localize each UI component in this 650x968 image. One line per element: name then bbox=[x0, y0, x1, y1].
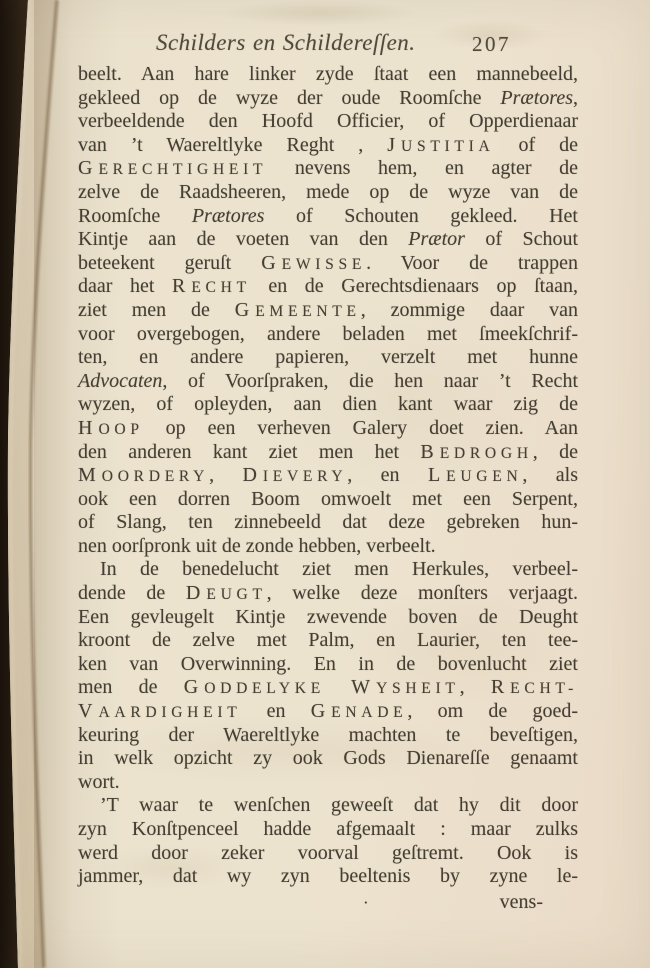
text-line: keuring der Waereltlyke machten te beveſ… bbox=[78, 724, 578, 748]
text-line: men de GODDELYKE WYSHEIT, RECHT- bbox=[78, 676, 578, 700]
text-segment: Roomſche bbox=[78, 205, 192, 227]
text-segment: beteekent geruſt bbox=[78, 252, 261, 274]
text-line: wyzen, of opleyden, aan dien kant waar z… bbox=[78, 393, 578, 417]
text-line: in welk opzicht zy ook Gods Dienareſſe g… bbox=[78, 747, 578, 771]
text-segment: W bbox=[351, 676, 376, 698]
catchword: vens- bbox=[500, 891, 543, 914]
text-line: MOORDERY, DIEVERY, en LEUGEN, als bbox=[78, 464, 578, 488]
text-line: dende de DEUGT, welke deze monſters verj… bbox=[78, 582, 578, 606]
text-segment: D bbox=[186, 582, 206, 604]
text-segment: , als bbox=[522, 464, 578, 486]
text-segment: , de bbox=[533, 441, 578, 463]
text-line: gekleed op de wyze der oude Roomſche Præ… bbox=[78, 87, 578, 111]
text-line: HOOP op een verheven Galery doet zien. A… bbox=[78, 417, 578, 441]
book-page-photo: Schilders en Schildereſſen. 207 beelt. A… bbox=[0, 0, 650, 968]
text-line: van ’t Waereltlyke Reght , JUSTITIA of d… bbox=[78, 134, 578, 158]
text-segment: of Schout bbox=[465, 228, 578, 250]
text-segment: , om de goed- bbox=[407, 700, 578, 722]
text-segment: Prætores bbox=[192, 205, 265, 227]
footer-mark: · bbox=[363, 893, 369, 913]
text-segment: Kintje aan de voeten van den bbox=[78, 228, 408, 250]
text-segment: of de bbox=[494, 134, 578, 156]
text-segment: G bbox=[184, 676, 204, 698]
text-segment: wort. bbox=[78, 771, 120, 793]
text-segment: Advocaten bbox=[78, 370, 162, 392]
text-segment: , bbox=[460, 676, 491, 698]
text-segment: van ’t Waereltlyke Reght , bbox=[78, 134, 387, 156]
text-segment: , bbox=[209, 464, 242, 486]
text-segment: ECHT- bbox=[510, 680, 578, 697]
text-segment: in welk opzicht zy ook Gods Dienareſſe g… bbox=[78, 747, 578, 769]
text-segment: jammer, dat wy zyn beeltenis by zyne le- bbox=[78, 865, 578, 887]
page-text: beelt. Aan hare linker zyde ſtaat een ma… bbox=[78, 63, 578, 915]
text-segment: kroont de zelve met Palm, en Laurier, te… bbox=[78, 629, 578, 651]
text-segment: ziet men de bbox=[78, 299, 235, 321]
text-segment: zyn Konſtpenceel hadde afgemaalt : maar … bbox=[78, 818, 578, 840]
text-line: Kintje aan de voeten van den Prætor of S… bbox=[78, 228, 578, 252]
text-segment: In de benedelucht ziet men Herkules, ver… bbox=[100, 558, 578, 580]
text-segment: M bbox=[78, 464, 102, 486]
text-segment: G bbox=[235, 299, 255, 321]
text-line: voor overgebogen, andere beladen met ſme… bbox=[78, 323, 578, 347]
text-line: wort. bbox=[78, 771, 578, 795]
text-segment: YSHEIT bbox=[376, 680, 460, 697]
text-segment: of Slang, ten zinnebeeld dat deze gebrek… bbox=[78, 511, 578, 533]
page-stain bbox=[220, 0, 420, 26]
running-header-title: Schilders en Schildereſſen. bbox=[156, 30, 415, 56]
text-segment: voor overgebogen, andere beladen met ſme… bbox=[78, 323, 578, 345]
text-segment: Een gevleugelt Kintje zwevende boven de … bbox=[78, 606, 578, 628]
text-line: jammer, dat wy zyn beeltenis by zyne le- bbox=[78, 865, 578, 889]
text-line: ziet men de GEMEENTE, zommige daar van bbox=[78, 299, 578, 323]
text-line: GERECHTIGHEIT nevens hem, en agter de bbox=[78, 157, 578, 181]
text-segment: , of Voorſpraken, die hen naar ’t Recht bbox=[162, 370, 578, 392]
text-segment: OORDERY bbox=[102, 468, 209, 485]
text-segment: EUGT bbox=[206, 586, 266, 603]
text-segment: ten, en andere papieren, verzelt met hun… bbox=[78, 346, 578, 368]
page-number: 207 bbox=[472, 32, 511, 57]
text-line: ten, en andere papieren, verzelt met hun… bbox=[78, 346, 578, 370]
text-segment: ECHT bbox=[191, 279, 250, 296]
text-segment: en bbox=[241, 700, 310, 722]
text-segment: B bbox=[420, 441, 439, 463]
text-segment: ENADE bbox=[331, 704, 407, 721]
text-line: Roomſche Prætores of Schouten gekleed. H… bbox=[78, 205, 578, 229]
book-left-edge bbox=[0, 0, 90, 968]
text-segment: G bbox=[78, 157, 98, 179]
text-segment: verbeeldende den Hoofd Officier, of Oppe… bbox=[78, 110, 578, 132]
text-segment: R bbox=[172, 275, 191, 297]
text-segment: Prætores bbox=[500, 87, 573, 109]
text-segment: G bbox=[261, 252, 281, 274]
text-line: den anderen kant ziet men het BEDROGH, d… bbox=[78, 441, 578, 465]
text-line: of Slang, ten zinnebeeld dat deze gebrek… bbox=[78, 511, 578, 535]
text-segment: op een verheven Galery doet zien. Aan bbox=[144, 417, 578, 439]
text-segment: EWISSE bbox=[282, 256, 366, 273]
text-line: werd door zeker voorval geſtremt. Ook is bbox=[78, 842, 578, 866]
text-line: beteekent geruſt GEWISSE. Voor de trappe… bbox=[78, 252, 578, 276]
text-segment: ERECHTIGHEIT bbox=[98, 161, 267, 178]
text-segment: daar het bbox=[78, 275, 172, 297]
text-segment: keuring der Waereltlyke machten te beveſ… bbox=[78, 724, 578, 746]
text-segment: USTITIA bbox=[401, 138, 494, 155]
text-segment: nen oorſpronk uit de zonde hebben, verbe… bbox=[78, 535, 436, 557]
text-segment: nevens hem, en agter de bbox=[267, 157, 578, 179]
text-line: VAARDIGHEIT en GENADE, om de goed- bbox=[78, 700, 578, 724]
text-segment: , en bbox=[347, 464, 428, 486]
text-segment: werd door zeker voorval geſtremt. Ook is bbox=[78, 842, 578, 864]
text-segment: dende de bbox=[78, 582, 186, 604]
text-line: nen oorſpronk uit de zonde hebben, verbe… bbox=[78, 535, 578, 559]
text-segment: G bbox=[311, 700, 331, 722]
text-segment: . Voor de trappen bbox=[366, 252, 578, 274]
text-segment: den anderen kant ziet men het bbox=[78, 441, 420, 463]
running-header: Schilders en Schildereſſen. 207 bbox=[78, 30, 578, 60]
text-line: ’T waar te wenſchen geweeſt dat hy dit d… bbox=[78, 794, 578, 818]
text-segment: beelt. Aan hare linker zyde ſtaat een ma… bbox=[78, 63, 578, 85]
text-segment: en de Gerechtsdienaars op ſtaan, bbox=[251, 275, 578, 297]
text-line: daar het RECHT en de Gerechtsdienaars op… bbox=[78, 275, 578, 299]
text-line: zelve de Raadsheeren, mede op de wyze va… bbox=[78, 181, 578, 205]
text-segment: EUGEN bbox=[446, 468, 522, 485]
text-segment: ODDELYKE bbox=[204, 680, 325, 697]
text-segment: ken van Overwinning. En in de bovenlucht… bbox=[78, 653, 578, 675]
text-line: In de benedelucht ziet men Herkules, ver… bbox=[78, 558, 578, 582]
text-segment bbox=[325, 676, 351, 698]
text-segment: IEVERY bbox=[263, 468, 347, 485]
text-segment: J bbox=[387, 134, 401, 156]
text-segment: H bbox=[78, 417, 98, 439]
text-segment: ’T waar te wenſchen geweeſt dat hy dit d… bbox=[100, 794, 578, 816]
text-segment: V bbox=[78, 700, 98, 722]
text-segment: EDROGH bbox=[440, 445, 533, 462]
text-line: Advocaten, of Voorſpraken, die hen naar … bbox=[78, 370, 578, 394]
text-segment: Prætor bbox=[408, 228, 465, 250]
text-line: verbeeldende den Hoofd Officier, of Oppe… bbox=[78, 110, 578, 134]
text-line: ken van Overwinning. En in de bovenlucht… bbox=[78, 653, 578, 677]
catchword-line: · vens- bbox=[78, 891, 578, 915]
text-segment: gekleed op de wyze der oude Roomſche bbox=[78, 87, 500, 109]
text-segment: AARDIGHEIT bbox=[98, 704, 241, 721]
text-line: ook een dorren Boom omwoelt met een Serp… bbox=[78, 488, 578, 512]
text-line: Een gevleugelt Kintje zwevende boven de … bbox=[78, 606, 578, 630]
text-segment: , bbox=[573, 87, 578, 109]
text-segment: ook een dorren Boom omwoelt met een Serp… bbox=[78, 488, 578, 510]
text-segment: D bbox=[242, 464, 262, 486]
text-line: kroont de zelve met Palm, en Laurier, te… bbox=[78, 629, 578, 653]
text-segment: , welke deze monſters verjaagt. bbox=[267, 582, 578, 604]
text-segment: of Schouten gekleed. Het bbox=[264, 205, 578, 227]
text-segment: L bbox=[428, 464, 446, 486]
text-segment: , zommige daar van bbox=[361, 299, 578, 321]
text-segment: men de bbox=[78, 676, 184, 698]
text-segment: R bbox=[491, 676, 510, 698]
text-segment: wyzen, of opleyden, aan dien kant waar z… bbox=[78, 393, 578, 415]
text-line: zyn Konſtpenceel hadde afgemaalt : maar … bbox=[78, 818, 578, 842]
text-segment: OOP bbox=[98, 421, 143, 438]
text-segment: EMEENTE bbox=[255, 303, 361, 320]
text-segment: zelve de Raadsheeren, mede op de wyze va… bbox=[78, 181, 578, 203]
text-line: beelt. Aan hare linker zyde ſtaat een ma… bbox=[78, 63, 578, 87]
